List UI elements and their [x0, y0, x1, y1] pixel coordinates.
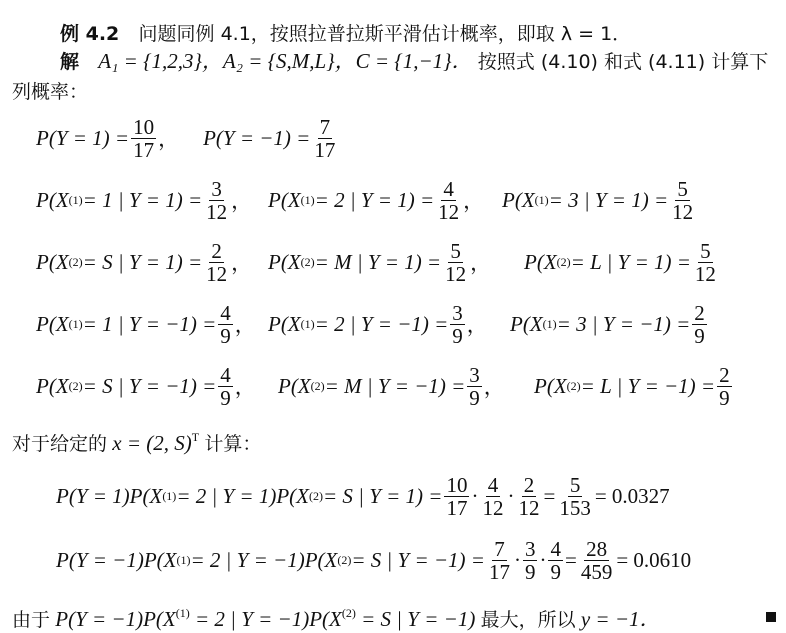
solution-text: 按照式 (4.10) 和式 (4.11) 计算下	[478, 51, 768, 73]
solution-sets: A₁ = {1,2,3}，A₂ = {S,M,L}，C = {1,−1}．	[98, 49, 472, 73]
prior-equation: P(Y = 1) = 1017 ，	[36, 116, 179, 161]
conclusion-mid: 最大，所以	[481, 609, 576, 631]
result-fraction: 28459	[579, 538, 615, 583]
conditional-equation: P(X(2) = M | Y = 1) =512，	[268, 240, 491, 285]
conditional-equation: P(X(1) = 1 | Y = 1) =312，	[36, 178, 252, 223]
given-expression: x = (2, S)	[112, 431, 191, 455]
conditional-equation: P(X(2) = S | Y = −1) =49，	[36, 364, 256, 409]
conditional-row: P(X(2) = S | Y = 1) =212，P(X(2) = M | Y …	[0, 234, 786, 290]
prior-lhs: P(Y = −1) =	[203, 126, 310, 151]
conditional-equation: P(X(2) = M | Y = −1) =39，	[278, 364, 505, 409]
result-fraction: 5153	[557, 474, 593, 519]
calc-row-negative: P(Y = −1)P(X(1) = 2 | Y = −1)P(X(2) = S …	[56, 532, 691, 588]
fraction: 49	[218, 302, 233, 347]
example-statement: 问题同例 4.1，按照拉普拉斯平滑估计概率，即取 λ = 1．	[139, 23, 632, 45]
fraction: 1017	[131, 116, 156, 161]
fraction: 312	[204, 178, 229, 223]
conclusion-line: 由于 P(Y = −1)P(X(1) = 2 | Y = −1)P(X(2) =…	[12, 600, 661, 633]
solution-label: 解	[60, 51, 79, 73]
fraction: 412	[436, 178, 461, 223]
given-prefix: 对于给定的	[12, 433, 107, 455]
qed-square-icon	[766, 612, 776, 622]
conditional-equation: P(X(2) = L | Y = 1) =512	[524, 240, 720, 285]
prior-equation: P(Y = −1) = 717	[203, 116, 339, 161]
example-header: 例 4.2 问题同例 4.1，按照拉普拉斯平滑估计概率，即取 λ = 1．	[60, 20, 631, 47]
solution-line: 解 A₁ = {1,2,3}，A₂ = {S,M,L}，C = {1,−1}． …	[60, 48, 768, 75]
example-label: 例 4.2	[60, 23, 119, 45]
fraction: 49	[218, 364, 233, 409]
fraction: 412	[480, 474, 505, 519]
conditional-equation: P(X(2) = L | Y = −1) =29	[534, 364, 734, 409]
prior-lhs: P(Y = 1) =	[36, 126, 129, 151]
fraction: 512	[443, 240, 468, 285]
conditional-row: P(X(1) = 1 | Y = 1) =312，P(X(1) = 2 | Y …	[0, 172, 786, 228]
given-suffix: 计算：	[204, 433, 261, 455]
fraction: 717	[487, 538, 512, 583]
solution-continuation: 列概率：	[12, 78, 88, 105]
fraction: 212	[204, 240, 229, 285]
fraction: 39	[467, 364, 482, 409]
conditional-equation: P(X(2) = S | Y = 1) =212，	[36, 240, 252, 285]
fraction: 512	[670, 178, 695, 223]
fraction: 717	[312, 116, 337, 161]
given-line: 对于给定的 x = (2, S)T 计算：	[12, 424, 261, 457]
fraction: 212	[516, 474, 541, 519]
conclusion-prefix: 由于	[12, 609, 50, 631]
fraction: 1017	[444, 474, 469, 519]
fraction: 29	[717, 364, 732, 409]
conclusion-answer: y = −1．	[581, 607, 661, 631]
fraction: 39	[523, 538, 538, 583]
fraction: 512	[693, 240, 718, 285]
conditional-equation: P(X(1) = 1 | Y = −1) =49，	[36, 302, 256, 347]
conditional-row: P(X(1) = 1 | Y = −1) =49，P(X(1) = 2 | Y …	[0, 296, 786, 352]
fraction: 39	[450, 302, 465, 347]
fraction: 49	[548, 538, 563, 583]
calc-row-positive: P(Y = 1)P(X(1) = 2 | Y = 1)P(X(2) = S | …	[56, 468, 670, 524]
conditional-equation: P(X(1) = 2 | Y = −1) =39，	[268, 302, 488, 347]
solution-continuation-text: 列概率：	[12, 81, 88, 103]
conditional-equation: P(X(1) = 2 | Y = 1) =412，	[268, 178, 484, 223]
conditional-equation: P(X(1) = 3 | Y = 1) =512	[502, 178, 697, 223]
fraction: 29	[692, 302, 707, 347]
decimal-result: = 0.0327	[595, 484, 670, 509]
decimal-result: = 0.0610	[616, 548, 691, 573]
conditional-equation: P(X(1) = 3 | Y = −1) =29	[510, 302, 709, 347]
conditional-row: P(X(2) = S | Y = −1) =49，P(X(2) = M | Y …	[0, 358, 786, 414]
prior-row: P(Y = 1) = 1017 ， P(Y = −1) = 717	[36, 110, 339, 166]
